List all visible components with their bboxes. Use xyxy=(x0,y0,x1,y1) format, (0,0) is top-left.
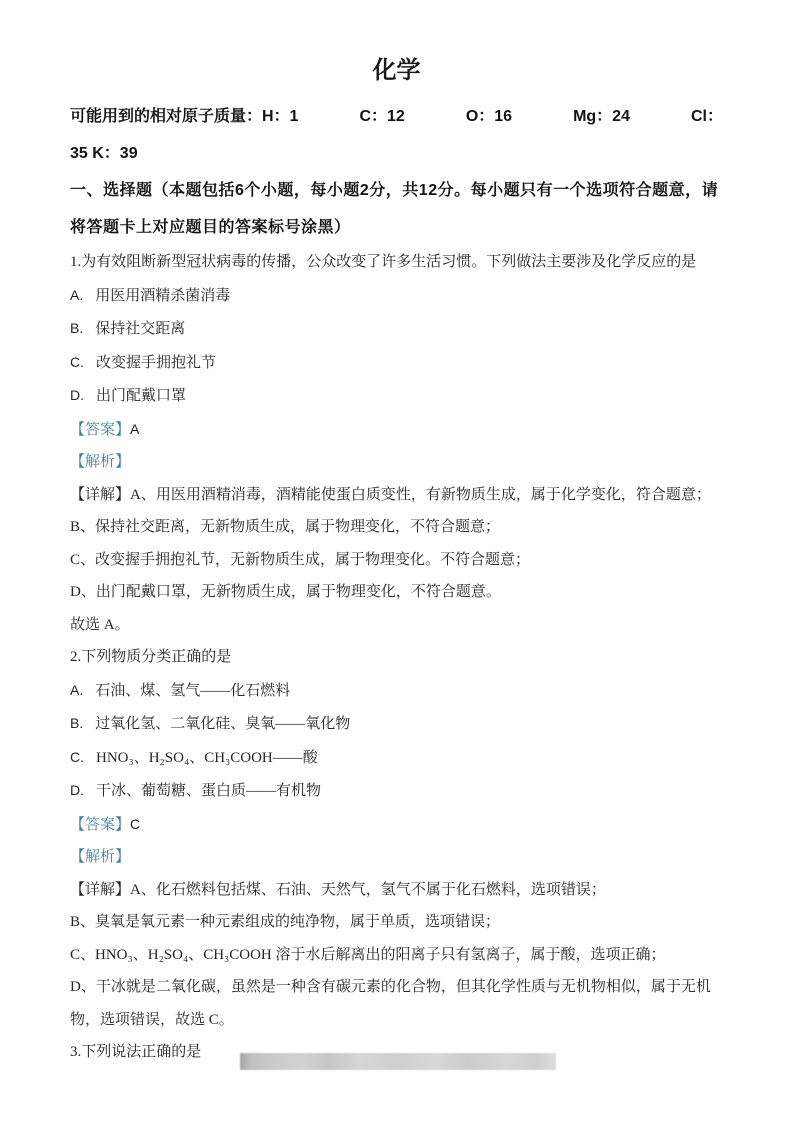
option-label: A. xyxy=(70,674,83,707)
question-2-analysis-line: 【解析】 xyxy=(70,841,723,874)
atomic-masses-line: 可能用到的相对原子质量：H：1 C：12 O：16 Mg：24 Cl： xyxy=(70,98,723,135)
option-text: HNO₃、H₂SO₄、CH₃COOH——酸 xyxy=(96,750,318,766)
atomic-mass-o: O：16 xyxy=(466,98,512,135)
answer-label: 【答案】 xyxy=(70,422,130,438)
atomic-mass-label: 可能用到的相对原子质量：H：1 xyxy=(70,98,298,135)
question-1-option-b: B.保持社交距离 xyxy=(70,312,723,346)
option-text: 用医用酒精杀菌消毒 xyxy=(95,288,230,304)
option-label: C. xyxy=(70,741,84,774)
atomic-mass-cl: Cl： xyxy=(691,98,723,135)
question-2-detail-b: B、臭氧是氧元素一种元素组成的纯净物，属于单质，选项错误； xyxy=(70,906,723,939)
question-1-conclusion: 故选 A。 xyxy=(70,609,723,642)
question-1-detail-c: C、改变握手拥抱礼节，无新物质生成，属于物理变化。不符合题意； xyxy=(70,544,723,577)
question-2-detail-c: C、HNO₃、H₂SO₄、CH₃COOH 溶于水后解离出的阳离子只有氢离子，属于… xyxy=(70,939,723,972)
option-label: C. xyxy=(70,346,84,379)
question-2-option-c: C.HNO₃、H₂SO₄、CH₃COOH——酸 xyxy=(70,741,723,775)
option-label: B. xyxy=(70,312,83,345)
option-label: A. xyxy=(70,279,83,312)
question-2-option-b: B.过氧化氢、二氧化硅、臭氧——氧化物 xyxy=(70,707,723,741)
question-2-option-a: A.石油、煤、氢气——化石燃料 xyxy=(70,674,723,708)
question-1-option-d: D.出门配戴口罩 xyxy=(70,379,723,413)
analysis-label: 【解析】 xyxy=(70,454,130,470)
answer-value: A xyxy=(130,421,139,437)
option-label: B. xyxy=(70,707,83,740)
section-heading: 一、选择题（本题包括6个小题，每小题2分，共12分。每小题只有一个选项符合题意，… xyxy=(70,172,723,246)
question-1-answer-line: 【答案】A xyxy=(70,413,723,447)
analysis-label: 【解析】 xyxy=(70,849,130,865)
page-title: 化学 xyxy=(70,50,723,92)
question-2-detail-a: 【详解】A、化石燃料包括煤、石油、天然气，氢气不属于化石燃料，选项错误； xyxy=(70,874,723,907)
question-1-option-a: A.用医用酒精杀菌消毒 xyxy=(70,279,723,313)
question-2-detail-d: D、干冰就是二氧化碳，虽然是一种含有碳元素的化合物，但其化学性质与无机物相似，属… xyxy=(70,971,723,1036)
option-text: 改变握手拥抱礼节 xyxy=(96,355,216,371)
answer-value: C xyxy=(130,816,140,832)
question-1-stem: 1.为有效阻断新型冠状病毒的传播，公众改变了许多生活习惯。下列做法主要涉及化学反… xyxy=(70,246,723,279)
option-text: 过氧化氢、二氧化硅、臭氧——氧化物 xyxy=(95,716,350,732)
question-1-detail-d: D、出门配戴口罩，无新物质生成，属于物理变化，不符合题意。 xyxy=(70,576,723,609)
question-2-stem: 2.下列物质分类正确的是 xyxy=(70,641,723,674)
option-text: 出门配戴口罩 xyxy=(96,388,186,404)
question-1-analysis-line: 【解析】 xyxy=(70,446,723,479)
option-label: D. xyxy=(70,774,84,807)
atomic-mass-c: C：12 xyxy=(359,98,404,135)
answer-label: 【答案】 xyxy=(70,817,130,833)
option-text: 保持社交距离 xyxy=(95,321,185,337)
question-1-option-c: C.改变握手拥抱礼节 xyxy=(70,346,723,380)
exam-document-page: 化学 可能用到的相对原子质量：H：1 C：12 O：16 Mg：24 Cl： 3… xyxy=(0,0,793,1122)
blurred-watermark xyxy=(240,1053,556,1070)
atomic-masses-line2: 35 K：39 xyxy=(70,135,723,172)
document-content: 化学 可能用到的相对原子质量：H：1 C：12 O：16 Mg：24 Cl： 3… xyxy=(0,0,793,1069)
question-1-detail-b: B、保持社交距离，无新物质生成，属于物理变化，不符合题意； xyxy=(70,511,723,544)
question-1-detail-a: 【详解】A、用医用酒精消毒，酒精能使蛋白质变性，有新物质生成，属于化学变化，符合… xyxy=(70,479,723,512)
question-2-answer-line: 【答案】C xyxy=(70,808,723,842)
option-text: 石油、煤、氢气——化石燃料 xyxy=(95,683,290,699)
atomic-mass-mg: Mg：24 xyxy=(573,98,630,135)
option-text: 干冰、葡萄糖、蛋白质——有机物 xyxy=(96,783,321,799)
option-label: D. xyxy=(70,379,84,412)
question-2-option-d: D.干冰、葡萄糖、蛋白质——有机物 xyxy=(70,774,723,808)
